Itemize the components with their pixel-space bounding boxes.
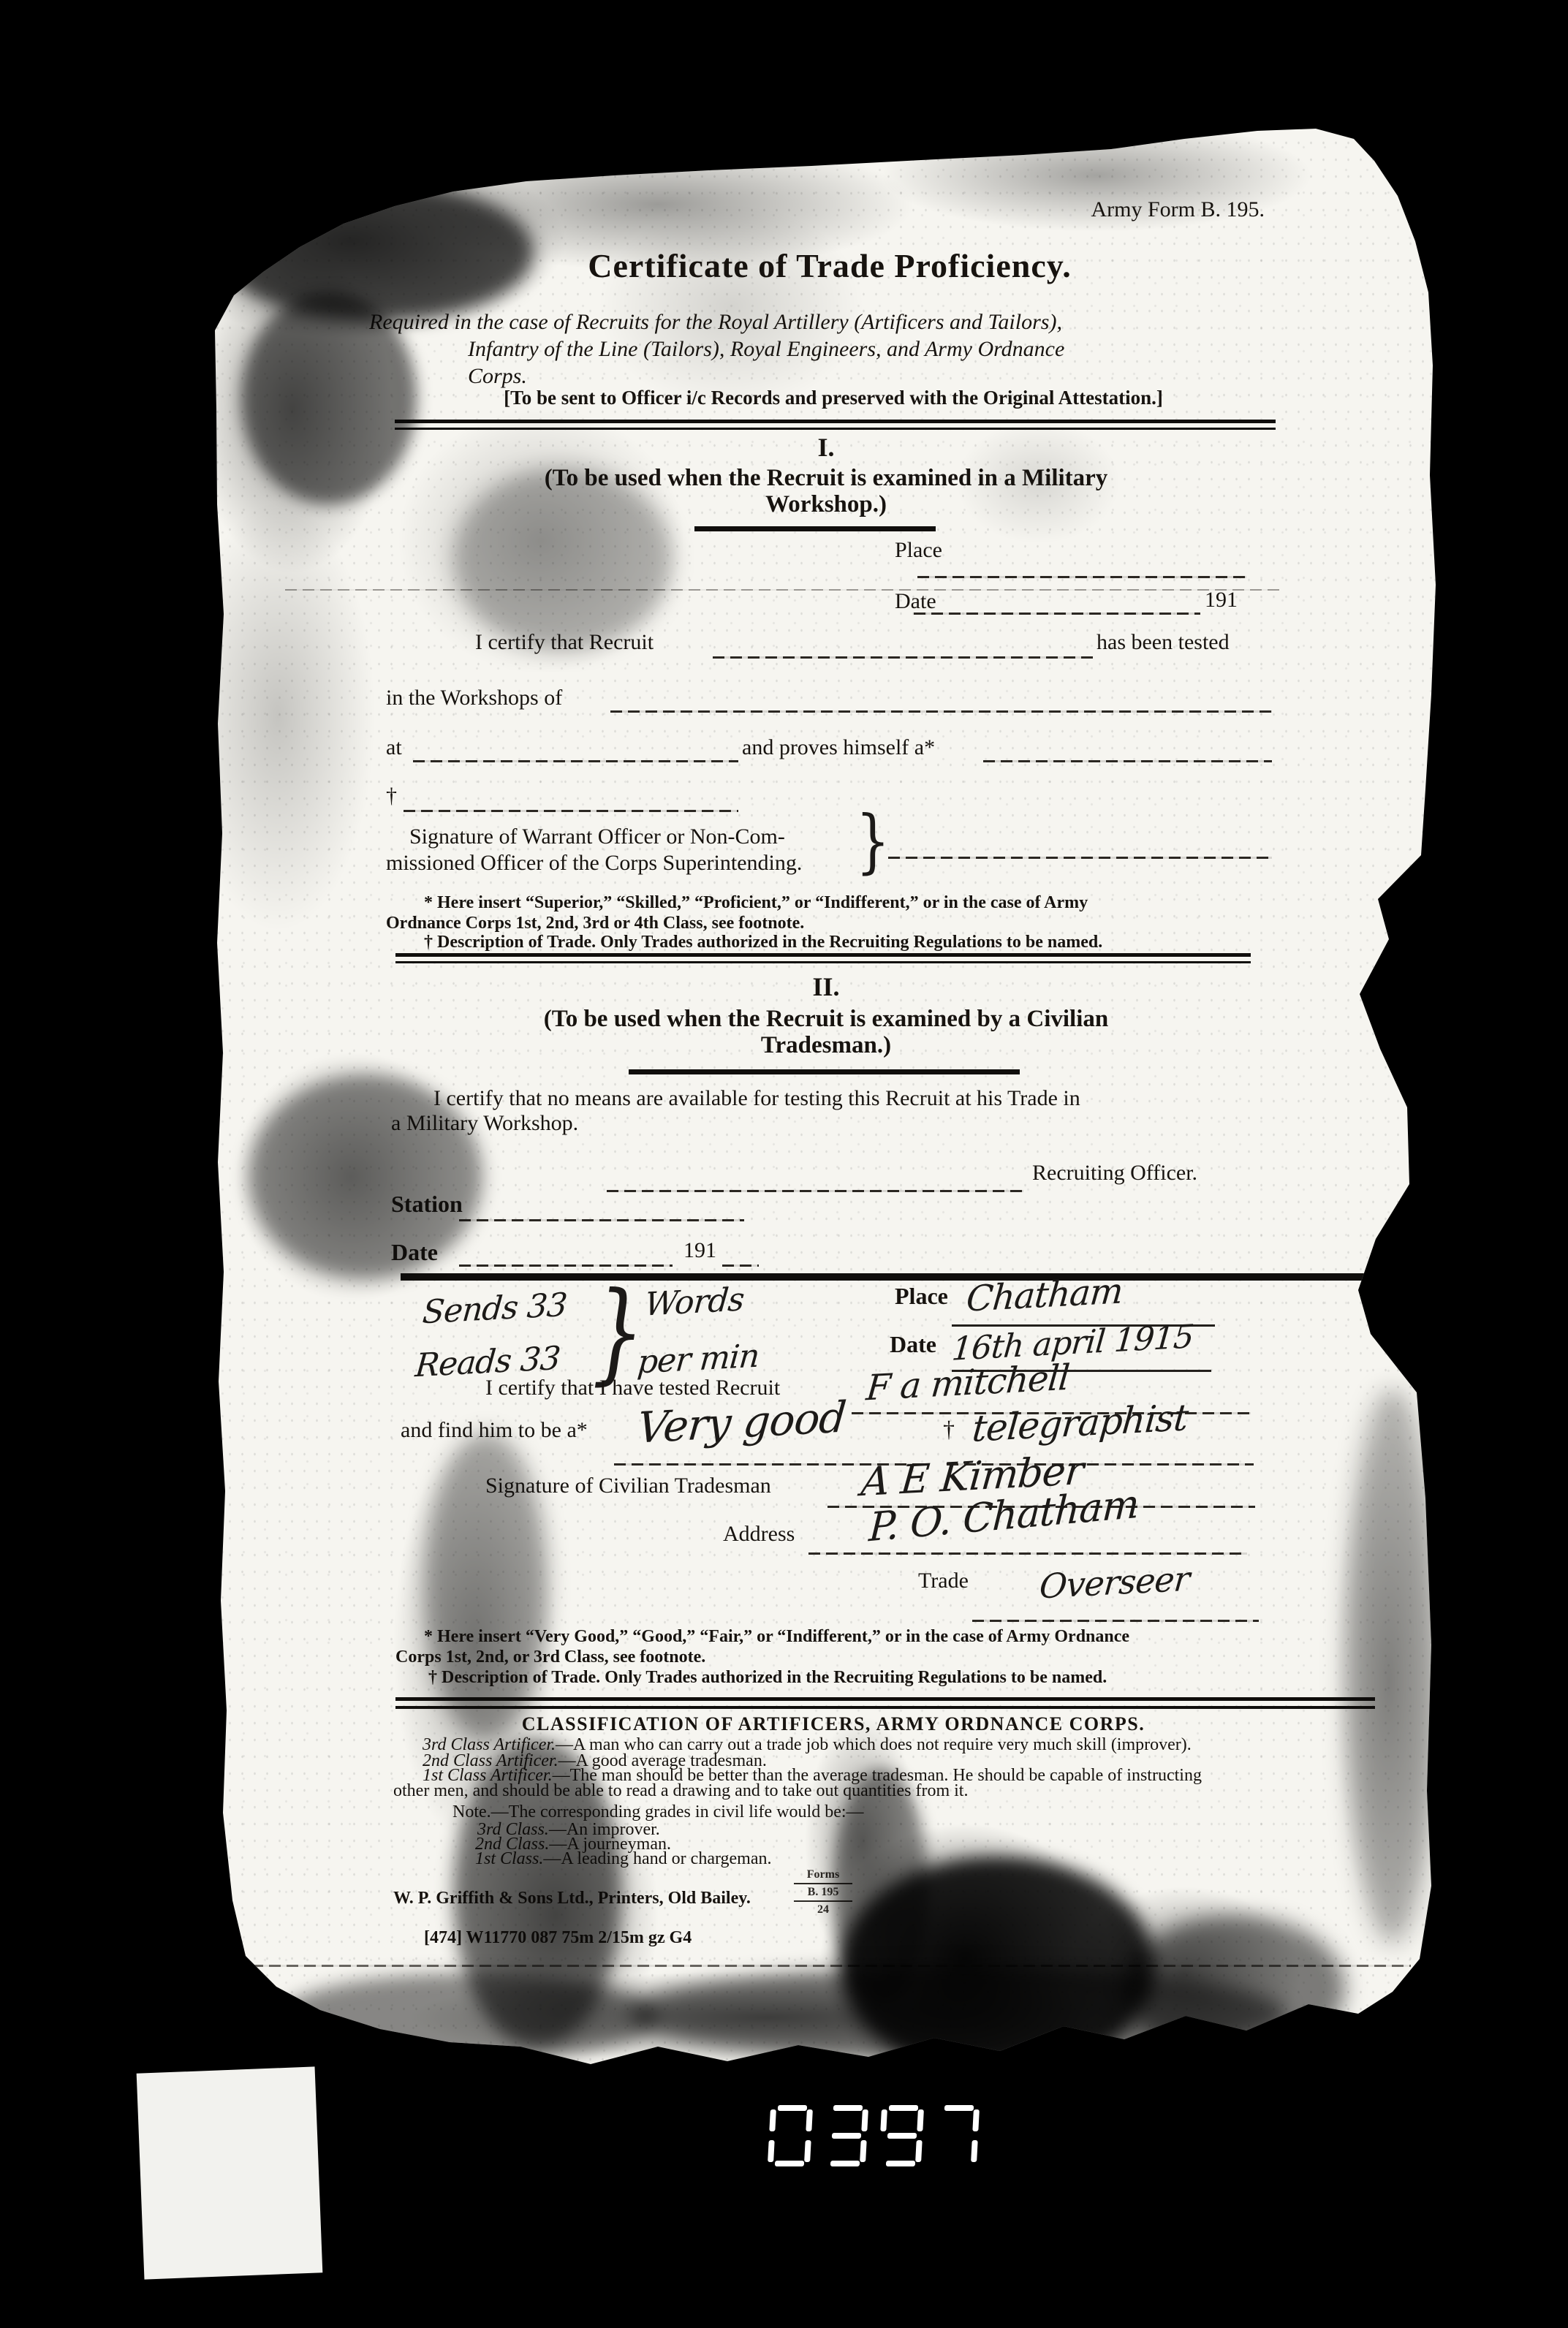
scanner-counter (769, 2105, 978, 2166)
crease-line (285, 589, 1279, 591)
ink-stain (1345, 1389, 1440, 1944)
heading-underline (694, 526, 936, 531)
section2-certify-1: I certify that no means are available fo… (433, 1086, 1080, 1111)
ink-stain (241, 292, 417, 504)
proves-label: and proves himself a* (742, 735, 935, 760)
year-prefix: 191 (1205, 588, 1238, 613)
year-line (722, 1265, 759, 1267)
divider (395, 1706, 1375, 1709)
at-line (413, 760, 738, 762)
scanned-document-page: Army Form B. 195. Certificate of Trade P… (0, 0, 1568, 2328)
hw-trade: Overseer (1038, 1558, 1191, 1606)
divider (395, 428, 1276, 430)
section1-footnote-dagger: † Description of Trade. Only Trades auth… (424, 933, 1102, 952)
form-number: Army Form B. 195. (1045, 197, 1265, 222)
ink-stain (219, 183, 534, 322)
divider (395, 420, 1276, 423)
place-label-2: Place (895, 1284, 948, 1310)
section1-footnote-star-2: Ordnance Corps 1st, 2nd, 3rd or 4th Clas… (386, 914, 804, 933)
classification-heading: CLASSIFICATION OF ARTIFICERS, ARMY ORDNA… (395, 1713, 1272, 1734)
hw-words: Words (643, 1281, 746, 1323)
tested-prefix: I certify that I have tested Recruit (485, 1376, 780, 1400)
dagger-line (404, 810, 738, 812)
counter-digit (879, 2105, 924, 2166)
address-line (808, 1552, 1247, 1555)
recruit-name-line (713, 656, 1093, 659)
date-label: Date (895, 589, 936, 614)
certify-suffix: has been tested (1097, 630, 1230, 655)
recruiting-officer-label: Recruiting Officer. (1032, 1161, 1197, 1186)
date-line-2 (459, 1265, 673, 1267)
station-line (459, 1219, 744, 1221)
hw-per-min: per min (636, 1337, 761, 1381)
divider (395, 961, 1251, 963)
counter-digit (823, 2105, 868, 2166)
at-label: at (386, 735, 402, 760)
brace-glyph: } (856, 802, 890, 881)
trade-label: Trade (918, 1569, 969, 1593)
hw-grade: Very good (635, 1392, 848, 1452)
section2-heading-2: Tradesman.) (395, 1032, 1257, 1059)
dagger-mark-2: † (943, 1417, 955, 1443)
section2-numeral: II. (395, 972, 1257, 1001)
routing-note: [To be sent to Officer i/c Records and p… (395, 387, 1272, 409)
section1-numeral: I. (395, 433, 1257, 462)
subtitle-line-1: Required in the case of Recruits for the… (369, 310, 1062, 335)
hw-place: Chatham (965, 1270, 1124, 1320)
ink-stain (424, 1433, 548, 1740)
place-field-line (917, 576, 1246, 578)
scanner-calibration-patch (137, 2066, 323, 2279)
hw-trade-description: telegraphist (971, 1396, 1190, 1450)
dagger-mark: † (386, 784, 397, 808)
subtitle-line-2: Infantry of the Line (Tailors), Royal En… (468, 337, 1064, 362)
ink-stain (629, 1966, 1287, 2061)
address-label: Address (723, 1522, 795, 1547)
trade-line (972, 1620, 1259, 1622)
section1-footnote-star-1: * Here insert “Superior,” “Skilled,” “Pr… (424, 893, 1088, 913)
ink-stain (249, 1074, 482, 1279)
year-prefix-2: 191 (683, 1238, 716, 1263)
recruiting-officer-line (607, 1190, 1023, 1192)
warrant-signature-label-1: Signature of Warrant Officer or Non-Com- (409, 824, 785, 849)
warrant-signature-label-2: missioned Officer of the Corps Superinte… (386, 851, 802, 876)
counter-digit (768, 2105, 813, 2166)
counter-digit (934, 2105, 980, 2166)
section2-heading-1: (To be used when the Recruit is examined… (395, 1006, 1257, 1033)
date-field-line (914, 613, 1200, 615)
heading-underline (629, 1069, 1020, 1074)
ink-stain (453, 468, 673, 651)
divider (395, 953, 1251, 957)
workshops-label: in the Workshops of (386, 686, 562, 710)
divider (395, 1697, 1375, 1701)
date-label-3: Date (890, 1332, 936, 1358)
subtitle-line-3: Corps. (468, 364, 527, 389)
certificate-paper: Army Form B. 195. Certificate of Trade P… (0, 0, 1568, 2328)
place-label: Place (895, 538, 942, 563)
proves-line (983, 760, 1272, 762)
ink-stain (278, 1974, 658, 2061)
section-divider-thick (401, 1273, 1373, 1281)
hw-recruit-name: F a mitchell (865, 1357, 1071, 1409)
warrant-signature-line (888, 857, 1272, 859)
hw-sends: Sends 33 (421, 1286, 568, 1332)
workshops-line (610, 710, 1272, 713)
